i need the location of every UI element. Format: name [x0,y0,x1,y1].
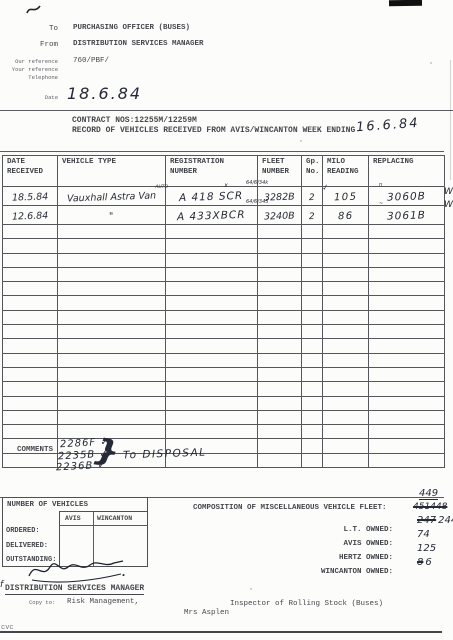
column-header: MILO READING [323,156,369,187]
empty-cell [323,239,369,253]
empty-cell [258,382,302,396]
empty-cell [166,253,258,267]
empty-cell [302,453,323,467]
empty-cell [369,453,445,467]
vehicles-row-label: DELIVERED: [6,542,48,550]
cell-date: 18.5.84 [3,187,58,206]
empty-cell [323,339,369,353]
empty-cell [166,367,258,381]
table-row: 12.6.84"A 433XBCR3240B64/6/3452863061B~ [3,206,445,225]
cell-milo: 105 [323,187,369,206]
empty-cell [323,410,369,424]
empty-cell [58,296,166,310]
empty-cell [166,225,258,239]
cell-vehicle: Vauxhall Astra VanAUTO [58,187,166,206]
empty-cell [323,353,369,367]
empty-cell [3,425,58,439]
struck-value: 247 [417,515,436,526]
empty-cell [302,425,323,439]
from-label: From [0,41,58,50]
handwritten-annotation: ~ [379,201,383,207]
handwritten-entry: 105 [334,193,358,204]
composition-value: 74 [417,529,430,540]
scan-artifact [389,0,422,6]
empty-cell [369,225,445,239]
our-reference-value: 760/PBF/ [73,57,109,66]
empty-cell [258,453,302,467]
empty-cell [3,382,58,396]
composition-value: 125 [417,543,436,554]
handwritten-entry: 3061B [387,210,426,222]
empty-cell [302,439,323,453]
handwritten-entry: " [109,212,114,222]
grid-column-header: AVIS [65,515,81,522]
partial-for-mark: f [0,580,3,590]
to-value: PURCHASING OFFICER (BUSES) [73,24,190,33]
empty-cell [166,410,258,424]
empty-cell [3,282,58,296]
empty-cell [3,325,58,339]
grid-column-header: WINCANTON [97,515,132,522]
empty-cell [258,239,302,253]
empty-cell [323,382,369,396]
handwritten-annotation: x [224,182,228,189]
vehicles-table: DATE RECEIVEDVEHICLE TYPEREGISTRATION NU… [2,155,445,468]
handwritten-date: 18.6.84 [67,84,142,103]
empty-cell [58,410,166,424]
empty-cell [302,296,323,310]
empty-cell [258,310,302,324]
composition-row: WINCANTON OWNED:86 [193,560,393,578]
page-bottom-edge [0,631,442,633]
empty-cell [302,253,323,267]
empty-cell [258,439,302,453]
handwritten-entry: 12.6.84 [12,211,49,222]
column-header: REGISTRATION NUMBER [166,156,258,187]
empty-cell [58,353,166,367]
empty-cell [302,325,323,339]
empty-cell [3,225,58,239]
empty-cell [323,267,369,281]
composition-total-corrected: 449 [419,488,438,500]
column-header: VEHICLE TYPE [58,156,166,187]
cell-replacing: 3061B~ [369,206,445,225]
empty-table-row [3,325,445,339]
empty-cell [258,225,302,239]
manager-title: DISTRIBUTION SERVICES MANAGER [5,584,144,595]
margin-check-mark: W [444,200,453,210]
empty-table-row [3,382,445,396]
column-header: Gp. No. [302,156,323,187]
empty-table-row [3,282,445,296]
empty-cell [369,267,445,281]
copy-to-value: Risk Management, [67,598,139,607]
empty-cell [323,296,369,310]
pen-scribble-mark [26,4,42,16]
empty-cell [58,225,166,239]
composition-value: 86 [417,557,432,568]
comments-label: COMMENTS [17,446,53,455]
cell-gp: 2 [302,206,323,225]
empty-cell [302,339,323,353]
empty-table-row [3,396,445,410]
struck-value: 8 [417,557,423,568]
empty-cell [3,453,58,467]
empty-cell [323,453,369,467]
handwritten-entry: 3240B [264,211,295,222]
empty-table-row [3,253,445,267]
empty-cell [369,396,445,410]
empty-cell [58,267,166,281]
empty-cell [369,367,445,381]
copy-to-label: Copy to: [29,600,55,606]
empty-cell [258,339,302,353]
empty-cell [323,253,369,267]
composition-label: WINCANTON OWNED: [321,568,393,576]
handwritten-entry: A 433XBCR [177,210,246,223]
handwritten-entry: 3060B [387,191,426,203]
scan-streak [450,60,451,180]
empty-cell [258,253,302,267]
empty-cell [302,353,323,367]
empty-cell [258,353,302,367]
empty-cell [58,382,166,396]
empty-cell [323,367,369,381]
scanned-memo-page: To PURCHASING OFFICER (BUSES) From DISTR… [0,0,453,640]
empty-cell [166,339,258,353]
empty-cell [302,396,323,410]
empty-cell [302,267,323,281]
empty-cell [323,325,369,339]
date-label: Date [0,95,58,101]
handwritten-entry: A 418 SCR [179,191,244,204]
table-top-rule [0,151,444,152]
empty-cell [258,396,302,410]
empty-table-row [3,239,445,253]
empty-table-row [3,225,445,239]
empty-cell [3,310,58,324]
empty-table-row [3,310,445,324]
empty-cell [323,425,369,439]
empty-cell [302,410,323,424]
handwritten-entry: 3282B [264,192,295,203]
column-header: DATE RECEIVED [3,156,58,187]
empty-cell [302,282,323,296]
empty-cell [3,239,58,253]
handwritten-entry: 86 [337,212,353,223]
empty-cell [302,382,323,396]
handwritten-annotation: 64/6/345 [246,199,268,205]
empty-cell [166,282,258,296]
handwritten-annotation: 64/6/34k [246,180,268,186]
empty-cell [369,382,445,396]
composition-total-struck: 451448 [413,502,447,512]
handwritten-entry: 2 [309,194,315,203]
empty-cell [369,410,445,424]
vehicles-row-label: ORDERED: [6,527,40,535]
empty-cell [58,310,166,324]
empty-cell [166,353,258,367]
empty-table-row [3,339,445,353]
empty-cell [258,410,302,424]
empty-cell [302,225,323,239]
empty-cell [166,310,258,324]
empty-cell [302,239,323,253]
to-label: To [0,25,58,34]
empty-cell [258,367,302,381]
inspector-name: Mrs Asplen [184,609,229,618]
your-reference-label: Your reference [0,67,58,73]
empty-cell [3,296,58,310]
inspector-title: Inspector of Rolling Stock (Buses) [230,600,383,609]
empty-cell [58,339,166,353]
empty-cell [58,239,166,253]
empty-cell [58,367,166,381]
contract-number-line: CONTRACT NOS:12255M/12259M [72,116,197,125]
empty-cell [302,310,323,324]
telephone-label: Telephone [0,75,58,81]
empty-cell [3,367,58,381]
cell-date: 12.6.84 [3,206,58,225]
from-value: DISTRIBUTION SERVICES MANAGER [73,40,204,49]
empty-cell [166,382,258,396]
handwritten-week-ending: 16.6.84 [356,116,421,135]
empty-cell [369,425,445,439]
grid-header-underline [60,525,148,526]
brace-mark: } [92,432,122,470]
handwritten-entry: Vauxhall Astra Van [67,191,156,204]
cell-registration: A 433XBCR [166,206,258,225]
empty-cell [302,367,323,381]
empty-cell [323,396,369,410]
empty-cell [58,325,166,339]
empty-cell [323,225,369,239]
empty-cell [369,325,445,339]
letterhead-divider [0,110,453,111]
cell-fleet: 3240B64/6/345 [258,206,302,225]
empty-cell [369,310,445,324]
empty-cell [166,239,258,253]
cell-vehicle: " [58,206,166,225]
handwritten-entry: 2 [309,213,315,222]
empty-cell [369,253,445,267]
handwritten-entry: 18.5.84 [12,192,49,203]
empty-cell [369,239,445,253]
record-heading: RECORD OF VEHICLES RECEIVED FROM AVIS/WI… [72,126,355,135]
margin-check-mark: W [444,187,453,197]
empty-cell [3,410,58,424]
number-of-vehicles-title: NUMBER OF VEHICLES [7,501,88,510]
signature [26,554,128,588]
empty-cell [369,296,445,310]
empty-cell [3,353,58,367]
empty-cell [258,267,302,281]
empty-cell [58,282,166,296]
composition-value: 247244 [417,515,453,526]
empty-cell [323,439,369,453]
empty-cell [166,296,258,310]
empty-cell [3,253,58,267]
pen-dot: . [122,568,126,579]
empty-cell [166,396,258,410]
our-reference-label: Our reference [0,59,58,65]
cell-milo: 86 [323,206,369,225]
empty-cell [323,282,369,296]
empty-cell [166,267,258,281]
empty-cell [258,425,302,439]
empty-cell [166,425,258,439]
empty-cell [369,439,445,453]
empty-cell [3,339,58,353]
empty-cell [258,296,302,310]
empty-cell [369,282,445,296]
empty-cell [58,396,166,410]
empty-table-row [3,296,445,310]
empty-table-row [3,367,445,381]
empty-cell [166,325,258,339]
empty-table-row [3,425,445,439]
empty-table-row [3,353,445,367]
empty-cell [3,396,58,410]
empty-cell [258,325,302,339]
empty-cell [369,339,445,353]
handwritten-annotation: n [379,182,382,188]
cell-gp: 2✓ [302,187,323,206]
empty-table-row [3,267,445,281]
empty-table-row [3,410,445,424]
empty-cell [369,353,445,367]
cell-registration: A 418 SCRx [166,187,258,206]
empty-cell [58,253,166,267]
composition-title: COMPOSITION OF MISCELLANEOUS VEHICLE FLE… [193,504,387,513]
empty-cell [258,282,302,296]
empty-cell [323,310,369,324]
empty-cell [3,267,58,281]
